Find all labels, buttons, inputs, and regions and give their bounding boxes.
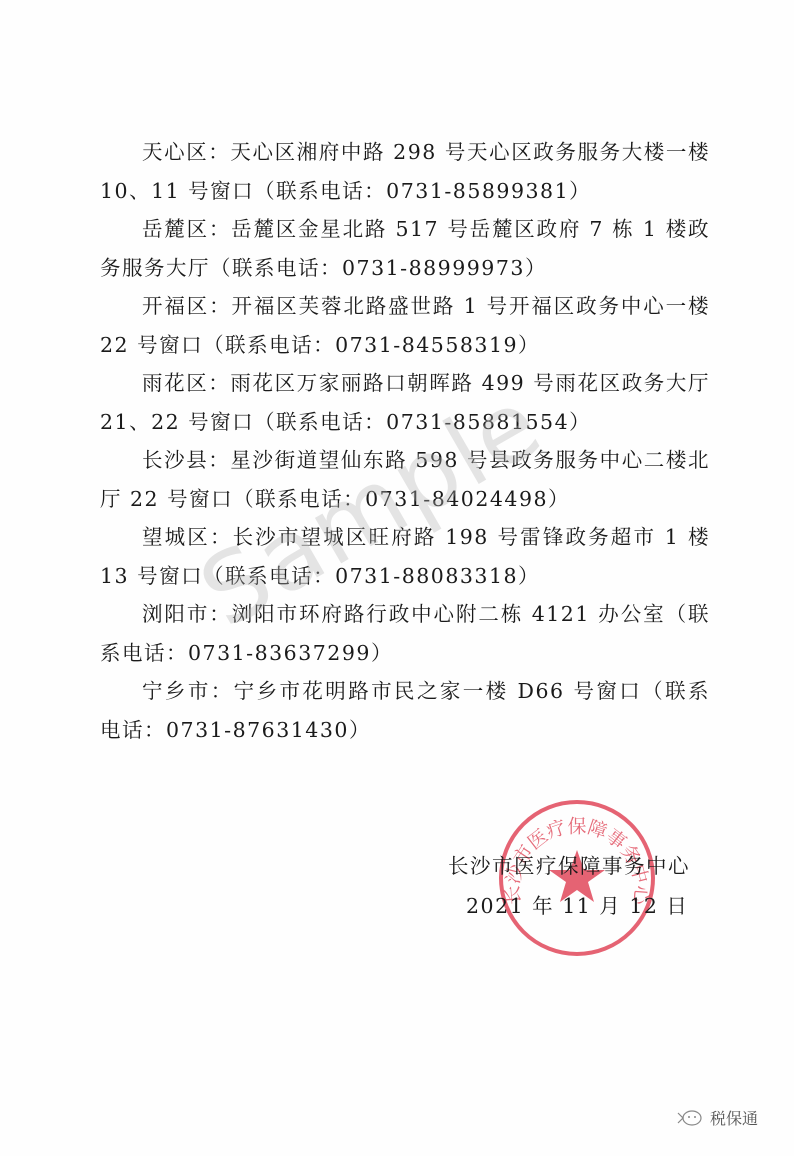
issuing-organization: 长沙市医疗保障事务中心 (448, 846, 690, 886)
signature-block: 长沙市医疗保障事务中心 2021 年 11 月 12 日 (448, 846, 690, 926)
document-page: 天心区：天心区湘府中路 298 号天心区政务服务大楼一楼 10、11 号窗口（联… (0, 0, 794, 1156)
entry-yuelu: 岳麓区：岳麓区金星北路 517 号岳麓区政府 7 栋 1 楼政务服务大厅（联系电… (100, 210, 710, 287)
district-label: 岳麓区： (142, 217, 231, 241)
district-label: 望城区： (142, 525, 233, 549)
entry-yuhua: 雨花区：雨花区万家丽路口朝晖路 499 号雨花区政务大厅 21、22 号窗口（联… (100, 364, 710, 441)
entry-wangcheng: 望城区：长沙市望城区旺府路 198 号雷锋政务超市 1 楼 13 号窗口（联系电… (100, 518, 710, 595)
entry-tianxin: 天心区：天心区湘府中路 298 号天心区政务服务大楼一楼 10、11 号窗口（联… (100, 133, 710, 210)
entry-kaifu: 开福区：开福区芙蓉北路盛世路 1 号开福区政务中心一楼 22 号窗口（联系电话：… (100, 287, 710, 364)
wechat-watermark: 税保通 (676, 1106, 758, 1129)
issue-date: 2021 年 11 月 12 日 (448, 886, 690, 926)
district-label: 宁乡市： (142, 679, 234, 703)
entry-liuyang: 浏阳市：浏阳市环府路行政中心附二栋 4121 办公室（联系电话：0731-836… (100, 595, 710, 672)
district-label: 长沙县： (142, 448, 230, 472)
brand-name: 税保通 (710, 1106, 758, 1129)
wechat-icon (676, 1108, 704, 1128)
district-label: 开福区： (142, 294, 232, 318)
district-label: 浏阳市： (142, 602, 232, 626)
entry-changsha-county: 长沙县：星沙街道望仙东路 598 号县政务服务中心二楼北厅 22 号窗口（联系电… (100, 441, 710, 518)
office-list: 天心区：天心区湘府中路 298 号天心区政务服务大楼一楼 10、11 号窗口（联… (100, 133, 710, 749)
district-label: 天心区： (142, 140, 230, 164)
entry-ningxiang: 宁乡市：宁乡市花明路市民之家一楼 D66 号窗口（联系电话：0731-87631… (100, 672, 710, 749)
district-label: 雨花区： (142, 371, 230, 395)
